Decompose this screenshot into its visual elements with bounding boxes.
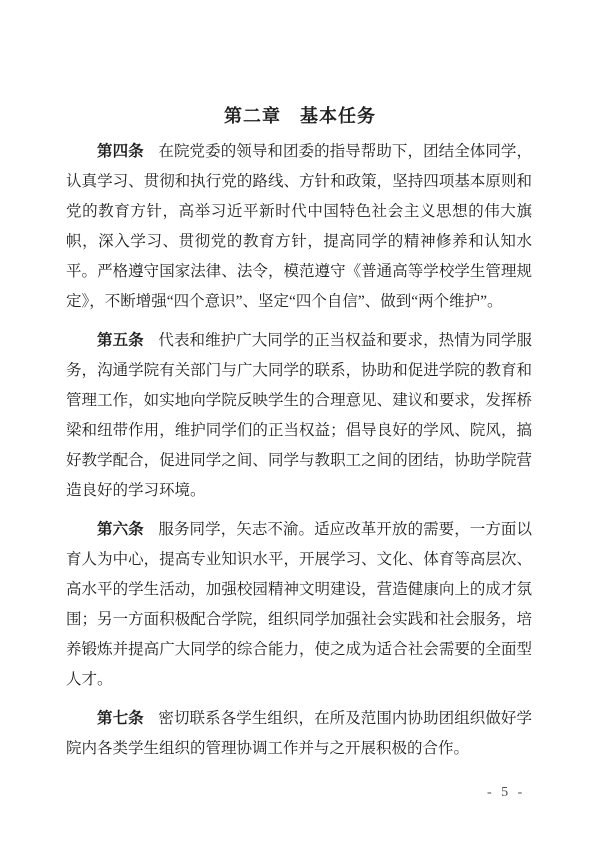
article-5-text: 代表和维护广大同学的正当权益和要求，热情为同学服务，沟通学院有关部门与广大同学的… (66, 332, 532, 499)
article-4: 第四条在院党委的领导和团委的指导帮助下，团结全体同学，认真学习、贯彻和执行党的路… (66, 137, 532, 317)
article-6-text: 服务同学，矢志不渝。适应改革开放的需要，一方面以育人为中心，提高专业知识水平，开… (66, 521, 532, 688)
article-4-label: 第四条 (97, 143, 144, 160)
document-body: 第四条在院党委的领导和团委的指导帮助下，团结全体同学，认真学习、贯彻和执行党的路… (66, 137, 532, 773)
article-7: 第七条密切联系各学生组织，在所及范围内协助团组织做好学院内各类学生组织的管理协调… (66, 704, 532, 764)
chapter-title: 第二章 基本任务 (0, 103, 600, 129)
article-5: 第五条代表和维护广大同学的正当权益和要求，热情为同学服务，沟通学院有关部门与广大… (66, 326, 532, 506)
article-7-label: 第七条 (97, 710, 144, 727)
article-6-label: 第六条 (97, 521, 144, 538)
article-4-text: 在院党委的领导和团委的指导帮助下，团结全体同学，认真学习、贯彻和执行党的路线、方… (66, 143, 532, 310)
article-5-label: 第五条 (97, 332, 144, 349)
article-6: 第六条服务同学，矢志不渝。适应改革开放的需要，一方面以育人为中心，提高专业知识水… (66, 515, 532, 695)
document-page: 第二章 基本任务 第四条在院党委的领导和团委的指导帮助下，团结全体同学，认真学习… (0, 0, 600, 848)
page-number: - 5 - (487, 784, 525, 802)
